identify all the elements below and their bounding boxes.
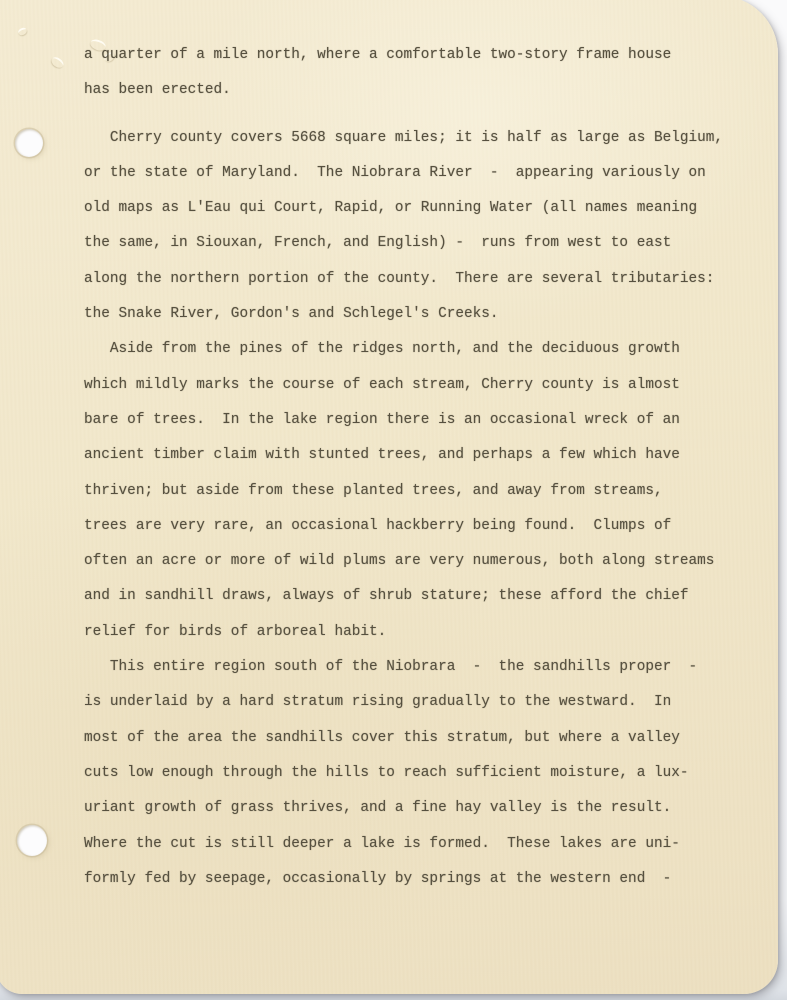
text-line: Aside from the pines of the ridges north… bbox=[84, 332, 744, 367]
text-line: old maps as L'Eau qui Court, Rapid, or R… bbox=[84, 191, 744, 226]
text-line: the same, in Siouxan, French, and Englis… bbox=[84, 226, 744, 261]
hole-punch-bottom bbox=[17, 825, 47, 856]
paragraph-3: Aside from the pines of the ridges north… bbox=[84, 332, 744, 650]
text-line: cuts low enough through the hills to rea… bbox=[84, 756, 744, 791]
text-line: bare of trees. In the lake region there … bbox=[84, 403, 744, 438]
text-line: ancient timber claim with stunted trees,… bbox=[84, 438, 744, 473]
text-line: trees are very rare, an occasional hackb… bbox=[84, 509, 744, 544]
paper-crease-mark bbox=[17, 26, 28, 36]
paragraph-2: Cherry county covers 5668 square miles; … bbox=[84, 121, 744, 333]
text-line: often an acre or more of wild plums are … bbox=[84, 544, 744, 579]
text-line: which mildly marks the course of each st… bbox=[84, 368, 744, 403]
typewritten-text: a quarter of a mile north, where a comfo… bbox=[84, 38, 744, 897]
text-line: relief for birds of arboreal habit. bbox=[84, 615, 744, 650]
text-line: a quarter of a mile north, where a comfo… bbox=[84, 38, 744, 73]
text-line: and in sandhill draws, always of shrub s… bbox=[84, 579, 744, 614]
text-line: thriven; but aside from these planted tr… bbox=[84, 474, 744, 509]
text-line: has been erected. bbox=[84, 73, 744, 108]
text-line: Cherry county covers 5668 square miles; … bbox=[84, 121, 744, 156]
text-line: uriant growth of grass thrives, and a fi… bbox=[84, 791, 744, 826]
hole-punch-top bbox=[15, 129, 43, 157]
text-line: most of the area the sandhills cover thi… bbox=[84, 721, 744, 756]
paragraph-4: This entire region south of the Niobrara… bbox=[84, 650, 744, 897]
text-line: formly fed by seepage, occasionally by s… bbox=[84, 862, 744, 897]
paper-crease-mark bbox=[50, 55, 66, 70]
text-line: is underlaid by a hard stratum rising gr… bbox=[84, 685, 744, 720]
text-line: along the northern portion of the county… bbox=[84, 262, 744, 297]
text-line: This entire region south of the Niobrara… bbox=[84, 650, 744, 685]
text-line: the Snake River, Gordon's and Schlegel's… bbox=[84, 297, 744, 332]
text-line: Where the cut is still deeper a lake is … bbox=[84, 827, 744, 862]
paragraph-1: a quarter of a mile north, where a comfo… bbox=[84, 38, 744, 109]
text-line: or the state of Maryland. The Niobrara R… bbox=[84, 156, 744, 191]
manuscript-paper: a quarter of a mile north, where a comfo… bbox=[0, 0, 778, 994]
scanned-page-background: { "document": { "kind": "Typewritten man… bbox=[0, 0, 787, 1000]
